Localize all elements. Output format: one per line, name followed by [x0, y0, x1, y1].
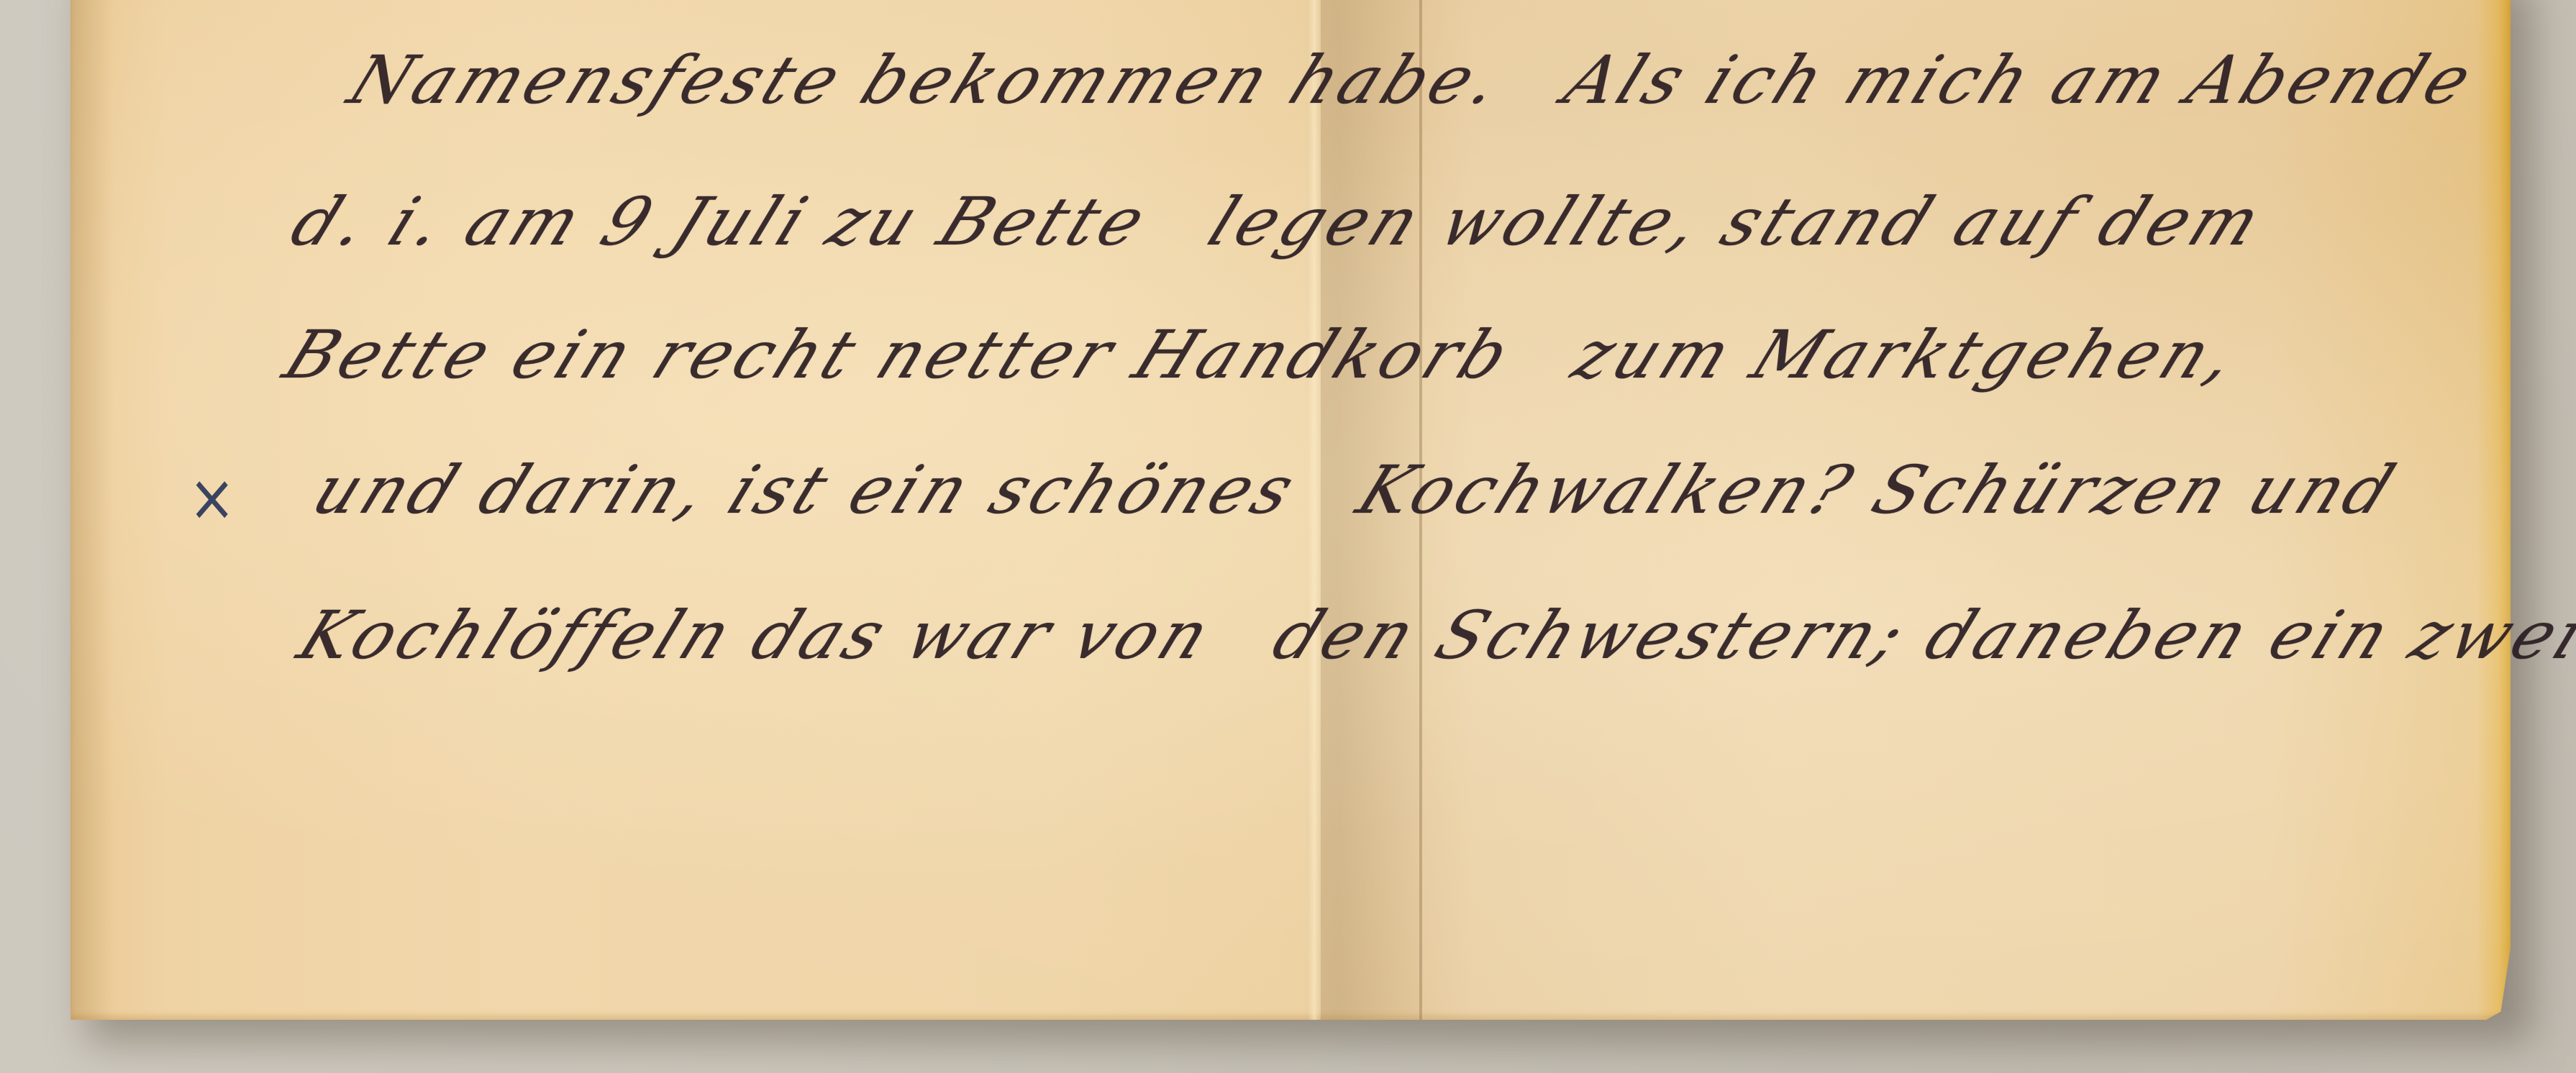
- text-line-5-left: Kochlöffeln das war von: [288, 597, 1225, 674]
- text-line-3-left: Bette ein recht netter Handkorb: [273, 316, 1524, 393]
- text-line-1-right: Als ich mich am Abende: [1554, 42, 2487, 119]
- text-line-4: und darin, ist ein schönes Kochwalken? S…: [302, 452, 2409, 529]
- text-line-3-right: zum Marktgehen,: [1562, 316, 2252, 393]
- text-line-3: Bette ein recht netter Handkorb zum Mark…: [273, 316, 2252, 393]
- text-line-5: Kochlöffeln das war von den Schwestern; …: [288, 597, 2576, 674]
- text-line-2-right: legen wollte, stand auf dem: [1198, 183, 2275, 260]
- text-line-2-left: d. i. am 9 Juli zu Bette: [281, 183, 1160, 260]
- margin-cross-mark: ×: [188, 461, 235, 536]
- text-line-1-left: Namensfeste bekommen habe.: [338, 42, 1516, 119]
- text-line-1: Namensfeste bekommen habe. Als ich mich …: [338, 42, 2487, 119]
- text-line-5-right: den Schwestern; daneben ein zweiter: [1262, 597, 2576, 674]
- text-line-2: d. i. am 9 Juli zu Bette legen wollte, s…: [281, 183, 2276, 260]
- text-line-4-left: und darin, ist ein schönes: [302, 452, 1309, 529]
- text-line-4-right: Kochwalken? Schürzen und: [1347, 452, 2409, 529]
- handwritten-text: Namensfeste bekommen habe. Als ich mich …: [0, 0, 2576, 1073]
